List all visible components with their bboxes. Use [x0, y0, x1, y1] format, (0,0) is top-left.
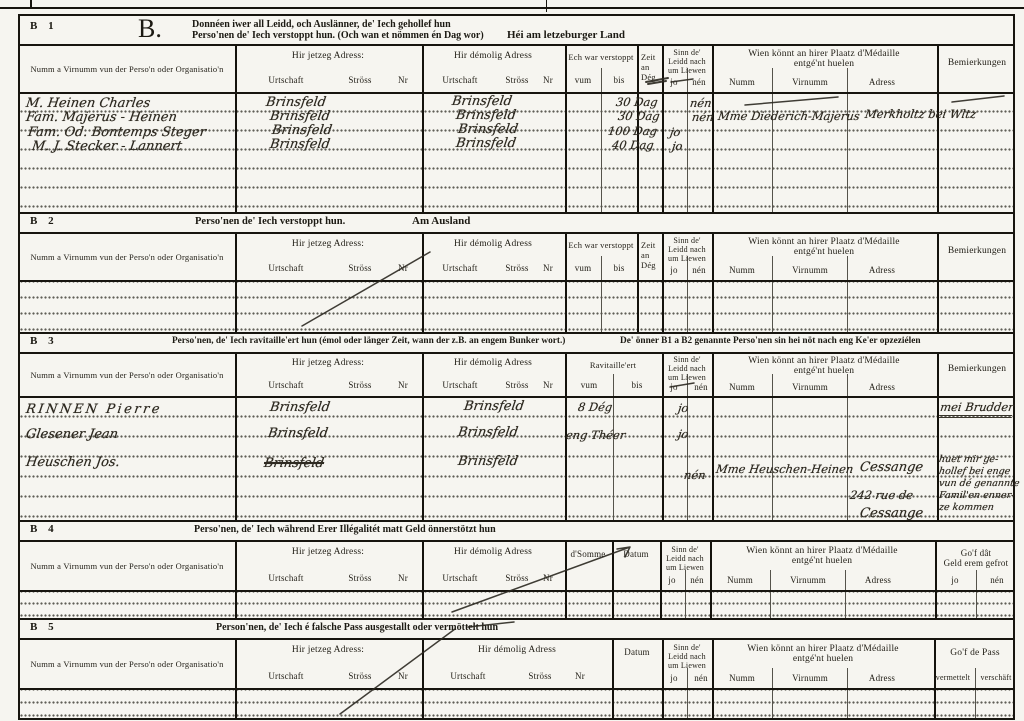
section-b4-header: Numm a Virnumm vun der Perso'n oder Orga…: [20, 542, 1013, 592]
entry-jetzeg-address: Brinsfeld: [271, 123, 333, 138]
entry-liewen: nén: [691, 110, 715, 124]
entry-demolig-address: Brinsfeld: [455, 136, 517, 151]
col-header-demolig-adress: Hir démolig Adress: [478, 645, 556, 655]
col-header-numm: Numm: [729, 382, 755, 392]
entry-bemierkung: huet mir ge-: [938, 454, 999, 465]
col-header-urtschaft: Urtschaft: [268, 573, 303, 583]
col-header-zeit: Dég: [641, 72, 656, 82]
col-header-verstoppt: Ech war verstoppt: [568, 52, 633, 62]
col-header-adress: Adress: [869, 265, 895, 275]
entry-bemierkung: Famil'en enner-: [938, 490, 1015, 501]
col-header-nr: Nr: [543, 573, 553, 583]
col-header-virnumm: Virnumm: [792, 673, 828, 683]
col-header-bemierkungen: Bemierkungen: [948, 364, 1006, 374]
entry-name: RINNEN Pierre: [25, 402, 163, 417]
entry-zeit: 100 Dag: [607, 124, 658, 138]
col-header-sinn: Sinn de': [673, 355, 700, 364]
section-title-suffix: Héi am letzeburger Land: [507, 29, 625, 41]
section-b4: B 4 Perso'nen, de' Iech während Erer Ill…: [18, 520, 1015, 620]
section-letter: B.: [138, 14, 162, 44]
col-header-zeit: an: [641, 250, 649, 260]
section-b1-title-band: B 1 B. Donnéen iwer all Leidd, och Auslä…: [20, 16, 1013, 46]
entry-jetzeg-address: Brinsfeld: [267, 426, 329, 441]
col-header-nen: nén: [694, 673, 708, 683]
col-header-gof-geld: Go'f dât: [961, 548, 991, 558]
col-header-virnumm: Virnumm: [792, 265, 828, 275]
col-header-numm: Numm: [727, 575, 753, 585]
col-header-sinn: Sinn de': [673, 236, 700, 245]
col-header-sinn: Sinn de': [671, 545, 698, 554]
col-header-nr: Nr: [543, 380, 553, 390]
col-header-gof-pass: Go'f de Pass: [950, 648, 1000, 658]
entry-bemierkung: mei Brudder: [939, 400, 1015, 418]
col-header-adress: Adress: [865, 575, 891, 585]
entry-zeit: 30 Dag: [615, 95, 659, 109]
col-header-urtschaft: Urtschaft: [442, 75, 477, 85]
col-header-wien-medaille: Wien könnt an hirer Plaatz d'Médaille: [748, 49, 899, 59]
col-header-gof-geld: Geld erem gefrot: [944, 558, 1009, 568]
entry-jetzeg-address: Brinsfeld: [269, 137, 331, 152]
col-header-zeit: Zeit: [641, 240, 656, 250]
col-header-vermettelt: vermettelt: [936, 673, 970, 682]
col-header-urtschaft: Urtschaft: [442, 263, 477, 273]
col-header-bis: bis: [631, 380, 642, 390]
col-header-wien-medaille: Wien könnt an hirer Plaatz d'Médaille: [748, 237, 899, 247]
col-header-urtschaft: Urtschaft: [442, 573, 477, 583]
col-header-jo: jo: [670, 265, 677, 275]
col-header-urtschaft: Urtschaft: [268, 671, 303, 681]
col-header-stross: Ströss: [348, 573, 371, 583]
col-header-nen: nén: [692, 265, 706, 275]
page-top-tick: [546, 0, 547, 12]
page-top-tick-left: [30, 0, 32, 7]
section-b3-title-band: B 3 Perso'nen, de' Iech ravitaille'ert h…: [20, 332, 1013, 354]
entry-liewen: jo: [669, 125, 681, 139]
col-header-jo: jo: [670, 382, 677, 392]
section-b1-header: Numm a Virnumm vun der Perso'n oder Orga…: [20, 46, 1013, 94]
col-header-verschaft: verschäft: [980, 673, 1011, 682]
section-b3-header: Numm a Virnumm vun der Perso'n oder Orga…: [20, 354, 1013, 398]
col-header-adress: Adress: [869, 673, 895, 683]
col-header-wien-medaille: entgé'nt huelen: [794, 247, 854, 257]
entry-demolig-address: Brinsfeld: [463, 399, 525, 414]
col-header-numm: Numm: [729, 265, 755, 275]
col-header-sinn: Sinn de': [673, 643, 700, 652]
entry-demolig-address: Brinsfeld: [457, 454, 519, 469]
entry-name: Fam. Od. Bontemps Steger: [27, 125, 207, 140]
section-title-line2: Perso'nen de' Iech verstoppt hun. (Och w…: [192, 30, 484, 41]
section-title-suffix: De' önner B1 a B2 genannte Perso'nen sin…: [620, 336, 921, 346]
entry-bemierkung: hollef bei enge: [938, 466, 1011, 477]
entry-zeit: 40 Dag: [611, 138, 655, 152]
col-header-wien-medaille: Wien könnt an hirer Plaatz d'Médaille: [746, 546, 897, 556]
section-b3-body: RINNEN Pierre Brinsfeld Brinsfeld 8 Dég …: [20, 398, 1013, 520]
col-header-wien-medaille: entgé'nt huelen: [794, 366, 854, 376]
entry-demolig-address: Brinsfeld: [457, 425, 519, 440]
col-header-sinn: um Liewen: [668, 661, 706, 670]
col-header-name: Numm a Virnumm vun der Perso'n oder Orga…: [30, 252, 223, 262]
col-header-jetzeg-adress: Hir jetzeg Adress:: [292, 239, 364, 249]
col-header-bemierkungen: Bemierkungen: [948, 246, 1006, 256]
section-id: B 4: [30, 523, 58, 535]
entry-jetzeg-address: Brinsfeld: [269, 400, 331, 415]
col-header-sinn: um Liewen: [668, 254, 706, 263]
col-header-name: Numm a Virnumm vun der Perso'n oder Orga…: [30, 64, 223, 74]
entry-bemierkung: ze kommen: [938, 502, 994, 513]
col-header-nr: Nr: [398, 380, 408, 390]
document-page: { "page": { "paper": "#f6f5f0", "ink": "…: [0, 0, 1024, 721]
col-header-urtschaft: Urtschaft: [268, 75, 303, 85]
section-b1: B 1 B. Donnéen iwer all Leidd, och Auslä…: [18, 14, 1015, 214]
section-id: B 1: [30, 20, 58, 32]
page-top-rule: [0, 7, 1024, 9]
col-header-datum: Datum: [623, 549, 649, 559]
entry-ravitailleert: 8 Dég: [577, 400, 613, 414]
section-b4-title-band: B 4 Perso'nen, de' Iech während Erer Ill…: [20, 520, 1013, 542]
col-header-demolig-adress: Hir démolig Adress: [454, 51, 532, 61]
col-header-demolig-adress: Hir démolig Adress: [454, 547, 532, 557]
col-header-stross: Ströss: [528, 671, 551, 681]
col-header-virnumm: Virnumm: [792, 77, 828, 87]
col-header-wien-medaille: Wien könnt an hirer Plaatz d'Médaille: [748, 356, 899, 366]
entry-ravitailleert: eng Théer: [565, 428, 626, 442]
section-title: Perso'nen, de' Iech ravitaille'ert hun (…: [172, 336, 565, 346]
entry-medal-address: 242 rue de: [849, 488, 914, 502]
section-title: Person'nen, de' Iech é falsche Pass ausg…: [216, 622, 498, 633]
entry-demolig-address: Brinsfeld: [451, 94, 513, 109]
col-header-adress: Adress: [869, 382, 895, 392]
entry-name: Fam. Majerus - Heinen: [25, 110, 178, 125]
entry-jetzeg-address-struck: Brinsfeld: [263, 456, 325, 471]
col-header-stross: Ströss: [505, 75, 528, 85]
col-header-sinn: Sinn de': [673, 48, 700, 57]
col-header-urtschaft: Urtschaft: [442, 380, 477, 390]
entry-liewen: nén: [689, 96, 713, 110]
col-header-jetzeg-adress: Hir jetzeg Adress:: [292, 358, 364, 368]
entry-name: Glesener Jean: [25, 427, 119, 442]
entry-medal-name: Mme Heuschen-Heinen: [715, 462, 854, 476]
section-b5-header: Numm a Virnumm vun der Perso'n oder Orga…: [20, 640, 1013, 690]
entry-liewen: jo: [677, 427, 689, 441]
col-header-sinn: Leidd nach: [666, 554, 704, 563]
col-header-jo: jo: [668, 575, 675, 585]
col-header-verstoppt: Ech war verstoppt: [568, 240, 633, 250]
entry-jetzeg-address: Brinsfeld: [265, 95, 327, 110]
section-id: B 3: [30, 335, 58, 347]
col-header-virnumm: Virnumm: [792, 382, 828, 392]
col-header-demolig-adress: Hir démolig Adress: [454, 358, 532, 368]
col-header-nr: Nr: [398, 75, 408, 85]
col-header-jetzeg-adress: Hir jetzeg Adress:: [292, 51, 364, 61]
col-header-stross: Ströss: [505, 573, 528, 583]
col-header-demolig-adress: Hir démolig Adress: [454, 239, 532, 249]
entry-liewen: jo: [677, 401, 689, 415]
entry-liewen: nén: [683, 468, 707, 482]
col-header-bemierkungen: Bemierkungen: [948, 58, 1006, 68]
col-header-jo: jo: [670, 77, 677, 87]
col-header-sinn: um Liewen: [668, 66, 706, 75]
col-header-wien-medaille: entgé'nt huelen: [794, 59, 854, 69]
section-b2-title-band: B 2 Perso'nen de' Iech verstoppt hun. Am…: [20, 212, 1013, 234]
entry-jetzeg-address: Brinsfeld: [269, 109, 331, 124]
col-header-nr: Nr: [398, 263, 408, 273]
col-header-nen: nén: [694, 382, 708, 392]
col-header-stross: Ströss: [505, 380, 528, 390]
col-header-sinn: Leidd nach: [668, 245, 706, 254]
section-b5-title-band: B 5 Person'nen, de' Iech é falsche Pass …: [20, 618, 1013, 640]
entry-medal-address: Cessange: [859, 506, 924, 521]
col-header-nr: Nr: [398, 671, 408, 681]
col-header-jetzeg-adress: Hir jetzeg Adress:: [292, 645, 364, 655]
section-id: B 2: [30, 215, 58, 227]
section-b2-header: Numm a Virnumm vun der Perso'n oder Orga…: [20, 234, 1013, 282]
section-b2: B 2 Perso'nen de' Iech verstoppt hun. Am…: [18, 212, 1015, 334]
col-header-wien-medaille: Wien könnt an hirer Plaatz d'Médaille: [747, 644, 898, 654]
col-header-sinn: um Liewen: [666, 563, 704, 572]
entry-name: Heuschen Jos.: [25, 455, 121, 470]
col-header-vum: vum: [575, 263, 592, 273]
col-header-sinn: Leidd nach: [668, 364, 706, 373]
col-header-stross: Ströss: [348, 380, 371, 390]
col-header-sinn: Leidd nach: [668, 57, 706, 66]
section-b5-body: [20, 690, 1013, 718]
col-header-numm: Numm: [729, 673, 755, 683]
entry-medal-address: Merkholtz bei Wltz: [864, 107, 977, 121]
col-header-dsomme: d'Somme: [570, 549, 605, 559]
col-header-ravitailleert: Ravitaille'ert: [590, 360, 636, 370]
section-title-suffix: Am Ausland: [412, 215, 470, 227]
section-b2-body: [20, 282, 1013, 332]
col-header-zeit: Zeit: [641, 52, 656, 62]
col-header-datum: Datum: [624, 647, 650, 657]
entry-medal-address: Cessange: [859, 460, 924, 475]
col-header-sinn: um Liewen: [668, 373, 706, 382]
entry-zeit: 30 Dag: [617, 109, 661, 123]
col-header-bis: bis: [613, 75, 624, 85]
entry-medal-name: Mme Diederich-Majerus: [717, 109, 861, 123]
col-header-nen: nén: [990, 575, 1004, 585]
section-b4-body: [20, 592, 1013, 618]
col-header-virnumm: Virnumm: [790, 575, 826, 585]
section-title: Perso'nen de' Iech verstoppt hun.: [195, 216, 345, 227]
col-header-vum: vum: [575, 75, 592, 85]
col-header-jo: jo: [951, 575, 958, 585]
col-header-stross: Ströss: [348, 671, 371, 681]
col-header-stross: Ströss: [348, 263, 371, 273]
col-header-wien-medaille: entgé'nt huelen: [792, 556, 852, 566]
col-header-numm: Numm: [729, 77, 755, 87]
col-header-nr: Nr: [543, 75, 553, 85]
col-header-bis: bis: [613, 263, 624, 273]
col-header-name: Numm a Virnumm vun der Perso'n oder Orga…: [30, 659, 223, 669]
col-header-name: Numm a Virnumm vun der Perso'n oder Orga…: [30, 561, 223, 571]
entry-liewen: jo: [671, 139, 683, 153]
col-header-nr: Nr: [575, 671, 585, 681]
section-b1-body: M. Heinen Charles Brinsfeld Brinsfeld 30…: [20, 94, 1013, 212]
col-header-urtschaft: Urtschaft: [268, 263, 303, 273]
col-header-nen: nén: [692, 77, 706, 87]
entry-name: M. Heinen Charles: [25, 96, 151, 111]
col-header-wien-medaille: entgé'nt huelen: [793, 654, 853, 664]
section-b3: B 3 Perso'nen, de' Iech ravitaille'ert h…: [18, 332, 1015, 522]
entry-bemierkung: vun dé genannte: [938, 478, 1020, 489]
col-header-zeit: Dég: [641, 260, 656, 270]
col-header-urtschaft: Urtschaft: [268, 380, 303, 390]
col-header-nr: Nr: [398, 573, 408, 583]
entry-demolig-address: Brinsfeld: [455, 108, 517, 123]
col-header-nr: Nr: [543, 263, 553, 273]
col-header-jetzeg-adress: Hir jetzeg Adress:: [292, 547, 364, 557]
section-title: Perso'nen, de' Iech während Erer Illégal…: [194, 524, 496, 535]
col-header-sinn: Leidd nach: [668, 652, 706, 661]
entry-demolig-address: Brinsfeld: [457, 122, 519, 137]
col-header-zeit: an: [641, 62, 649, 72]
col-header-stross: Ströss: [348, 75, 371, 85]
entry-name: M. J. Stecker - Lannert: [31, 139, 183, 154]
col-header-vum: vum: [581, 380, 598, 390]
section-title-line1: Donnéen iwer all Leidd, och Auslänner, d…: [192, 19, 451, 30]
col-header-nen: nén: [690, 575, 704, 585]
col-header-jo: jo: [670, 673, 677, 683]
col-header-name: Numm a Virnumm vun der Perso'n oder Orga…: [30, 370, 223, 380]
col-header-adress: Adress: [869, 77, 895, 87]
col-header-urtschaft: Urtschaft: [450, 671, 485, 681]
section-b5: B 5 Person'nen, de' Iech é falsche Pass …: [18, 618, 1015, 720]
section-id: B 5: [30, 621, 58, 633]
col-header-stross: Ströss: [505, 263, 528, 273]
